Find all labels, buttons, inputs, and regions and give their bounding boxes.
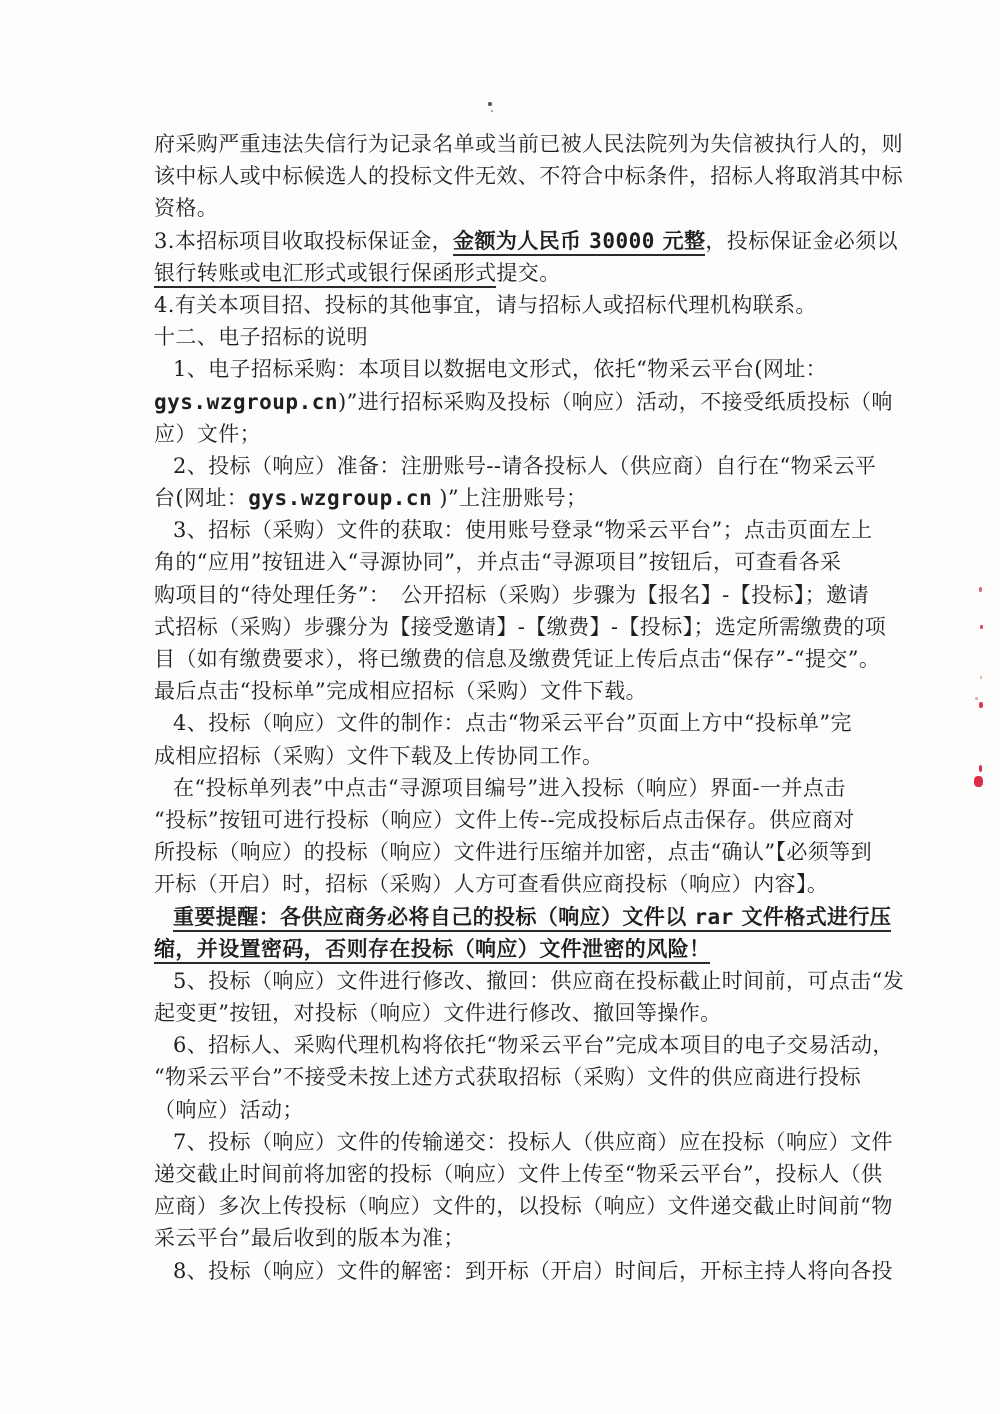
text-segment: （响应）活动； [154, 1098, 304, 1122]
text-line-8: 1、电子招标采购：本项目以数据电文形式，依托“物采云平台(网址： [154, 353, 887, 385]
text-segment: 2、投标（响应）准备：注册账号--请各投标人（供应商）自行在“物采云平 [173, 454, 876, 478]
text-segment: 3、招标（采购）文件的获取：使用账号登录“物采云平台”；点击页面左上 [173, 518, 872, 542]
red-speck [980, 676, 982, 679]
text-line-6: 4.有关本项目招、投标的其他事宜，请与招标人或招标代理机构联系。 [154, 289, 887, 321]
document-text-block: 府采购严重违法失信行为记录名单或当前已被人民法院列为失信被执行人的，则该中标人或… [154, 128, 887, 1287]
text-line-13: 3、招标（采购）文件的获取：使用账号登录“物采云平台”；点击页面左上 [154, 514, 887, 546]
text-segment: 8、投标（响应）文件的解密：到开标（开启）时间后，开标主持人将向各投 [173, 1259, 893, 1283]
text-line-16: 式招标（采购）步骤分为【接受邀请】-【缴费】-【投标】；选定所需缴费的项 [154, 611, 887, 643]
text-segment: 7、投标（响应）文件的传输递交：投标人（供应商）应在投标（响应）文件 [173, 1130, 893, 1154]
latin-text-segment: rar [694, 905, 733, 932]
text-line-7: 十二、电子招标的说明 [154, 321, 887, 353]
text-segment: “投标”按钮可进行投标（响应）文件上传--完成投标后点击保存。供应商对 [154, 808, 855, 832]
red-speck [979, 587, 982, 592]
text-segment: 3.本招标项目收取投标保证金， [154, 229, 453, 253]
text-line-36: 8、投标（响应）文件的解密：到开标（开启）时间后，开标主持人将向各投 [154, 1255, 887, 1287]
text-line-24: 开标（开启）时，招标（采购）人方可查看供应商投标（响应）内容】。 [154, 868, 887, 900]
red-speck [979, 765, 982, 772]
text-segment: 采云平台”最后收到的版本为准； [154, 1226, 465, 1250]
text-segment: 元整 [655, 228, 706, 256]
text-segment: ，投标保证金必须以 [705, 229, 898, 253]
text-line-9: gys.wzgroup.cn)”进行招标采购及投标（响应）活动，不接受纸质投标（… [154, 386, 887, 418]
text-line-31: （响应）活动； [154, 1094, 887, 1126]
text-segment: )”上注册账号； [432, 486, 587, 510]
text-segment: 递交截止时间前将加密的投标（响应）文件上传至“物采云平台”，投标人（供 [154, 1162, 882, 1186]
text-line-15: 购项目的“待处理任务”： 公开招标（采购）步骤为【报名】-【投标】；邀请 [154, 579, 887, 611]
text-line-28: 起变更”按钮，对投标（响应）文件进行修改、撤回等操作。 [154, 997, 887, 1029]
text-segment: 4、投标（响应）文件的制作：点击“物采云平台”页面上方中“投标单”完 [173, 711, 852, 735]
text-line-25: 重要提醒：各供应商务必将自己的投标（响应）文件以 rar 文件格式进行压 [154, 901, 887, 933]
text-segment: 金额为人民币 [453, 228, 589, 256]
text-segment: 应）文件； [154, 422, 261, 446]
text-segment: 缩，并设置密码，否则存在投标（响应）文件泄密的风险！ [154, 936, 710, 964]
text-line-12: 台(网址：gys.wzgroup.cn )”上注册账号； [154, 482, 887, 514]
text-segment: “物采云平台”不接受未按上述方式获取招标（采购）文件的供应商进行投标 [154, 1065, 861, 1089]
text-line-4: 3.本招标项目收取投标保证金，金额为人民币 30000 元整，投标保证金必须以 [154, 225, 887, 257]
latin-text-segment: gys.wzgroup.cn [248, 486, 432, 510]
text-line-30: “物采云平台”不接受未按上述方式获取招标（采购）文件的供应商进行投标 [154, 1061, 887, 1093]
text-segment: 6、招标人、采购代理机构将依托“物采云平台”完成本项目的电子交易活动， [173, 1033, 894, 1057]
text-segment: 最后点击“投标单”完成相应招标（采购）文件下载。 [154, 679, 647, 703]
text-segment: 在“投标单列表”中点击“寻源项目编号”进入投标（响应）界面-一并点击 [173, 776, 846, 800]
text-line-27: 5、投标（响应）文件进行修改、撤回：供应商在投标截止时间前，可点击“发 [154, 965, 887, 997]
text-line-32: 7、投标（响应）文件的传输递交：投标人（供应商）应在投标（响应）文件 [154, 1126, 887, 1158]
text-segment: 文件格式进行压 [734, 904, 892, 932]
text-segment: )”进行招标采购及投标（响应）活动，不接受纸质投标（响 [338, 390, 893, 414]
ink-dot [491, 110, 493, 112]
text-line-5: 银行转账或电汇形式或银行保函形式提交。 [154, 257, 887, 289]
text-line-35: 采云平台”最后收到的版本为准； [154, 1222, 887, 1254]
text-segment: 购项目的“待处理任务”： 公开招标（采购）步骤为【报名】-【投标】；邀请 [154, 583, 869, 607]
text-segment: 台(网址： [154, 486, 248, 510]
text-line-1: 府采购严重违法失信行为记录名单或当前已被人民法院列为失信被执行人的，则 [154, 128, 887, 160]
text-segment: 角的“应用”按钮进入“寻源协同”，并点击“寻源项目”按钮后，可查看各采 [154, 550, 841, 574]
text-segment: 府采购严重违法失信行为记录名单或当前已被人民法院列为失信被执行人的，则 [154, 132, 903, 156]
text-line-14: 角的“应用”按钮进入“寻源协同”，并点击“寻源项目”按钮后，可查看各采 [154, 546, 887, 578]
text-line-11: 2、投标（响应）准备：注册账号--请各投标人（供应商）自行在“物采云平 [154, 450, 887, 482]
document-page: 府采购严重违法失信行为记录名单或当前已被人民法院列为失信被执行人的，则该中标人或… [0, 0, 1000, 1414]
text-segment: 开标（开启）时，招标（采购）人方可查看供应商投标（响应）内容】。 [154, 872, 828, 896]
latin-text-segment: gys.wzgroup.cn [154, 390, 338, 414]
text-line-17: 目（如有缴费要求），将已缴费的信息及缴费凭证上传后点击“保存”-“提交”。 [154, 643, 887, 675]
text-line-10: 应）文件； [154, 418, 887, 450]
text-segment: 银行转账或电汇形式或银行保函形式 [154, 261, 496, 288]
text-segment: 所投标（响应）的投标（响应）文件进行压缩并加密，点击“确认”【必须等到 [154, 840, 872, 864]
text-line-21: 在“投标单列表”中点击“寻源项目编号”进入投标（响应）界面-一并点击 [154, 772, 887, 804]
text-line-26: 缩，并设置密码，否则存在投标（响应）文件泄密的风险！ [154, 933, 887, 965]
text-line-19: 4、投标（响应）文件的制作：点击“物采云平台”页面上方中“投标单”完 [154, 707, 887, 739]
text-segment: 重要提醒：各供应商务必将自己的投标（响应）文件以 [173, 904, 694, 932]
text-line-34: 应商）多次上传投标（响应）文件的，以投标（响应）文件递交截止时间前“物 [154, 1190, 887, 1222]
text-segment: 成相应招标（采购）文件下载及上传协同工作。 [154, 744, 603, 768]
latin-text-segment: 30000 [589, 229, 655, 256]
text-line-20: 成相应招标（采购）文件下载及上传协同工作。 [154, 740, 887, 772]
text-segment: 4.有关本项目招、投标的其他事宜，请与招标人或招标代理机构联系。 [154, 293, 817, 317]
ink-dot [488, 102, 492, 106]
text-segment: 目（如有缴费要求），将已缴费的信息及缴费凭证上传后点击“保存”-“提交”。 [154, 647, 880, 671]
text-line-3: 资格。 [154, 192, 887, 224]
text-segment: 5、投标（响应）文件进行修改、撤回：供应商在投标截止时间前，可点击“发 [173, 969, 904, 993]
text-line-2: 该中标人或中标候选人的投标文件无效、不符合中标条件，招标人将取消其中标 [154, 160, 887, 192]
text-segment: 资格。 [154, 196, 218, 220]
text-segment: 应商）多次上传投标（响应）文件的，以投标（响应）文件递交截止时间前“物 [154, 1194, 893, 1218]
text-segment: 该中标人或中标候选人的投标文件无效、不符合中标条件，招标人将取消其中标 [154, 164, 903, 188]
red-speck [974, 776, 983, 787]
red-speck [980, 625, 983, 629]
text-segment: 提交。 [496, 261, 560, 285]
red-speck [975, 697, 978, 700]
text-segment: 1、电子招标采购：本项目以数据电文形式，依托“物采云平台(网址： [173, 357, 827, 381]
text-segment: 式招标（采购）步骤分为【接受邀请】-【缴费】-【投标】；选定所需缴费的项 [154, 615, 886, 639]
red-speck [979, 702, 983, 708]
text-line-23: 所投标（响应）的投标（响应）文件进行压缩并加密，点击“确认”【必须等到 [154, 836, 887, 868]
text-line-33: 递交截止时间前将加密的投标（响应）文件上传至“物采云平台”，投标人（供 [154, 1158, 887, 1190]
text-segment: 起变更”按钮，对投标（响应）文件进行修改、撤回等操作。 [154, 1001, 722, 1025]
text-segment: 十二、电子招标的说明 [154, 325, 368, 349]
text-line-29: 6、招标人、采购代理机构将依托“物采云平台”完成本项目的电子交易活动， [154, 1029, 887, 1061]
text-line-18: 最后点击“投标单”完成相应招标（采购）文件下载。 [154, 675, 887, 707]
text-line-22: “投标”按钮可进行投标（响应）文件上传--完成投标后点击保存。供应商对 [154, 804, 887, 836]
